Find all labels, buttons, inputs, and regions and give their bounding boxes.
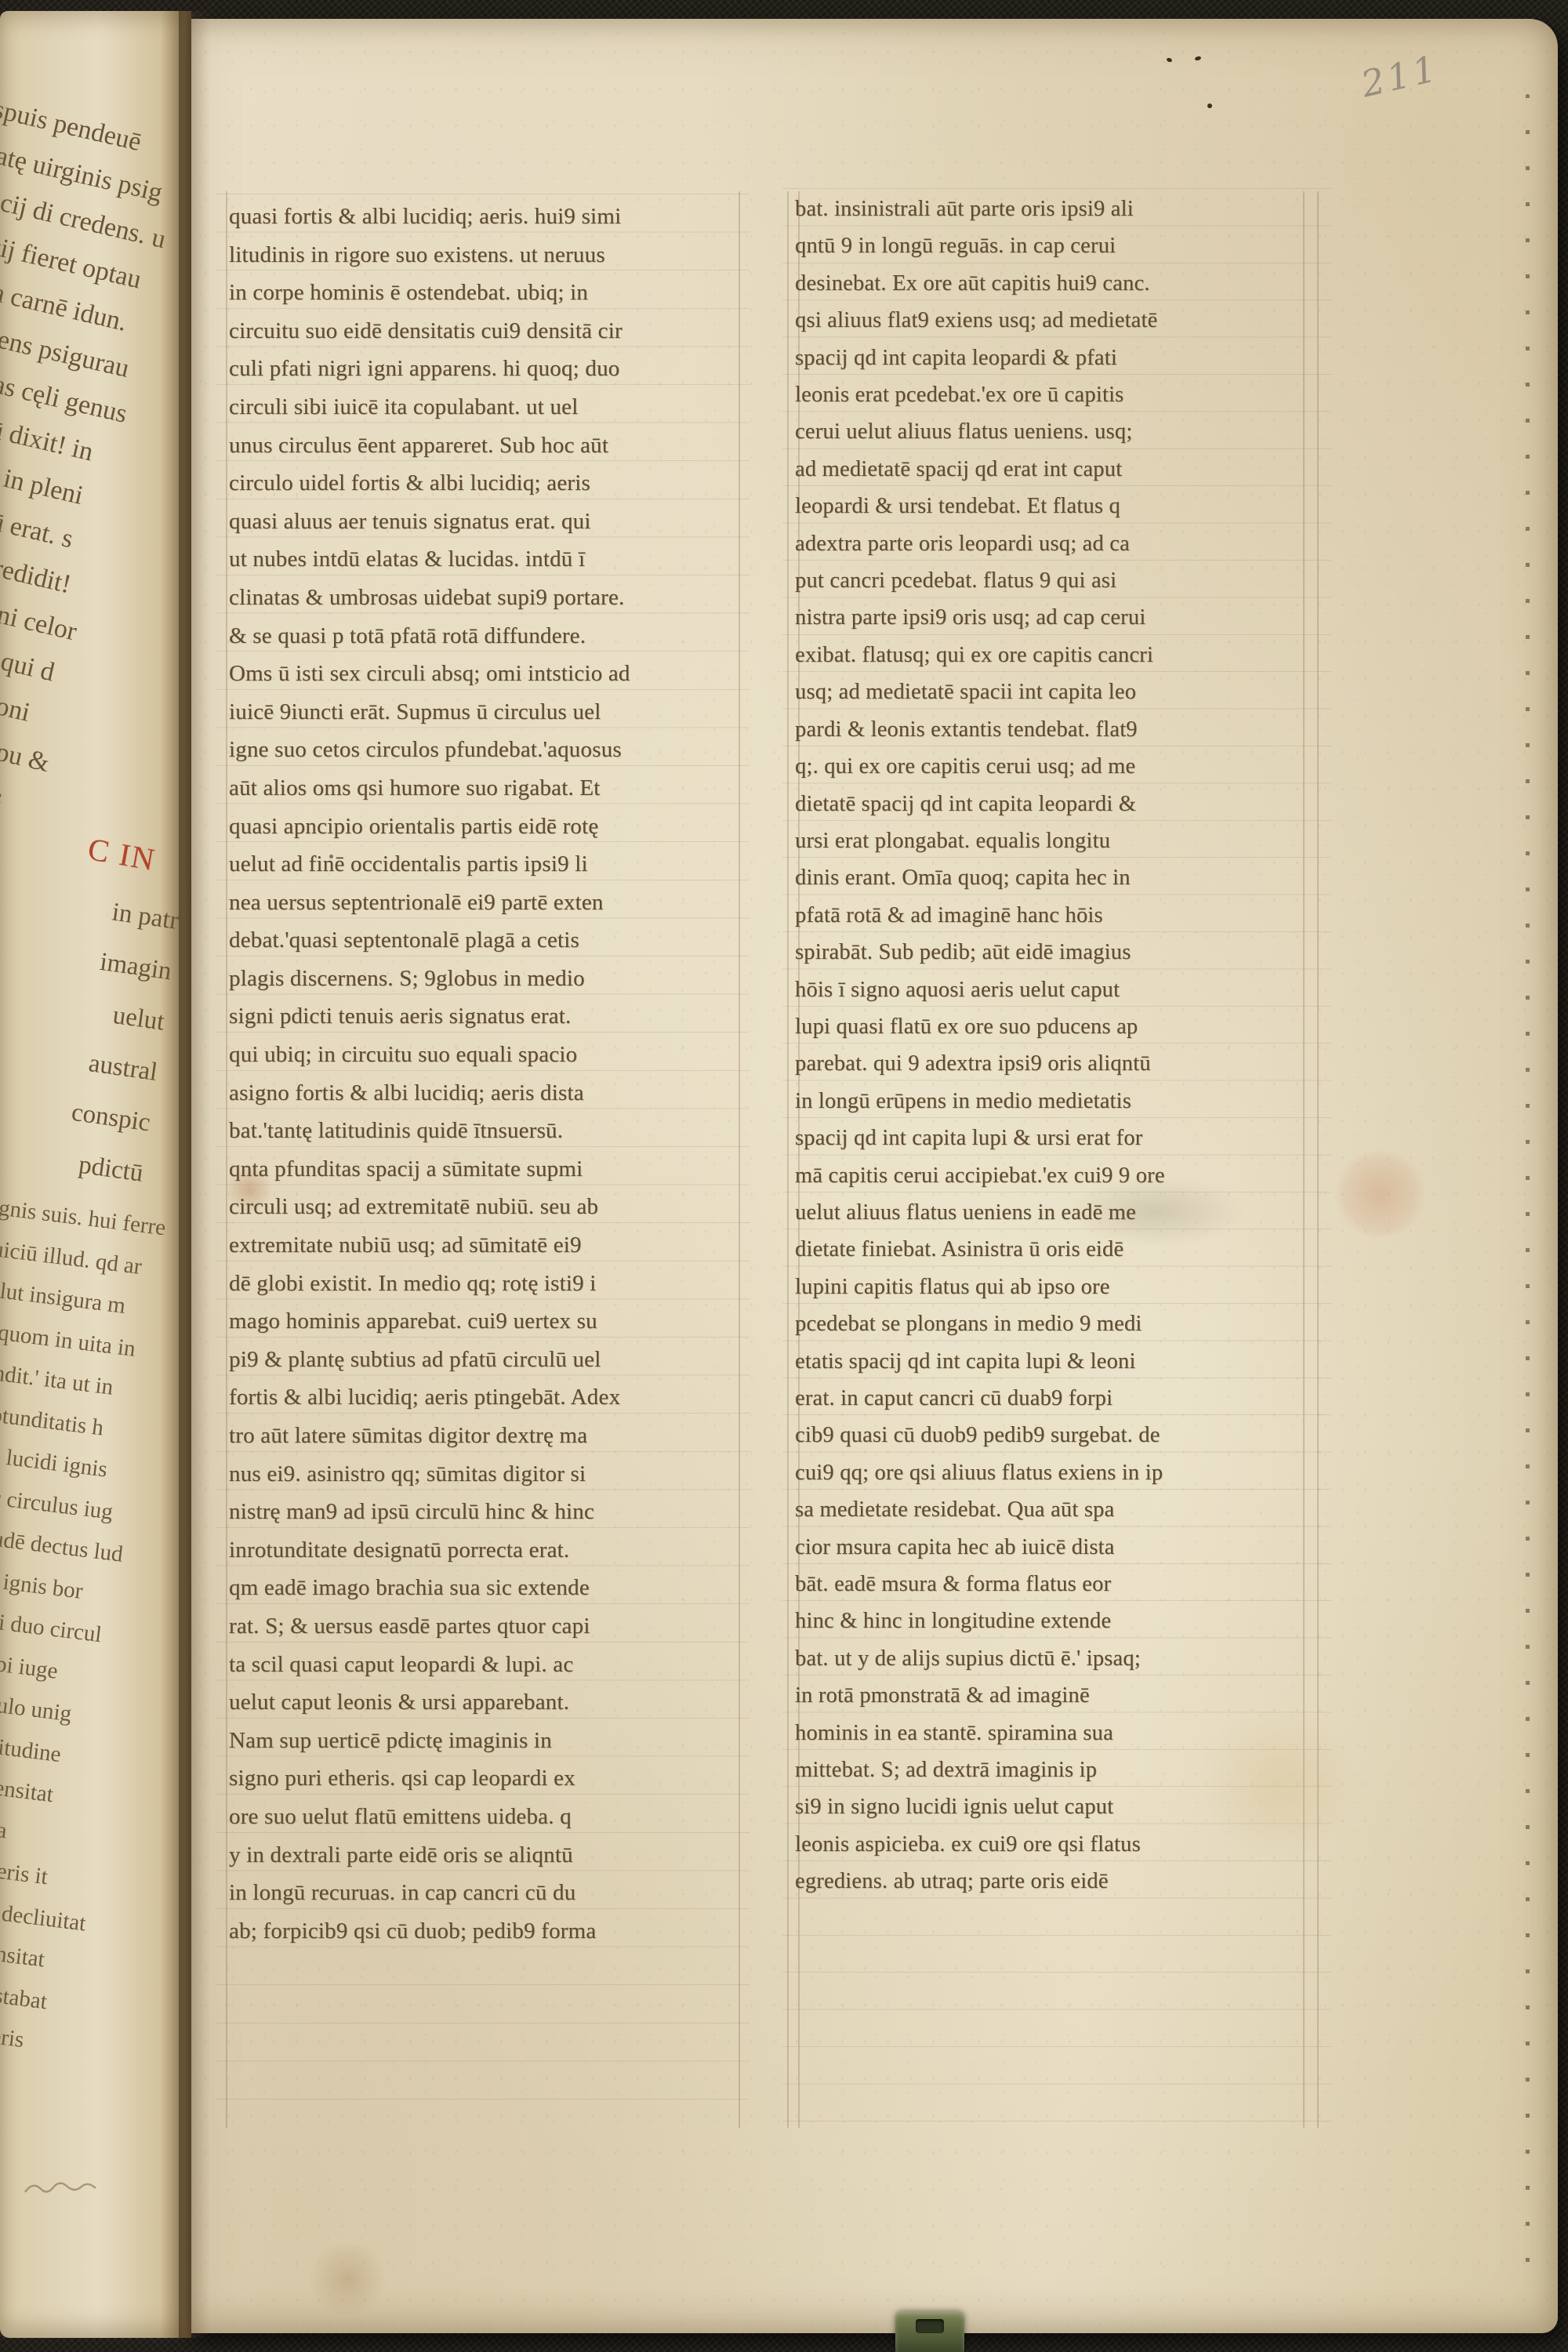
manuscript-text-line: bat.'tantę latitudinis quidē ītnsuersū.: [229, 1112, 740, 1150]
manuscript-text-line: mago hominis apparebat. cui9 uertex su: [229, 1302, 740, 1341]
manuscript-text-line: litudinis in rigore suo existens. ut ner…: [229, 236, 740, 274]
manuscript-text-line: circulo uidel fortis & albi lucidiq; aer…: [229, 464, 740, 503]
manuscript-text-line: usq; ad medietatē spacii int capita leo: [795, 673, 1309, 710]
manuscript-text-line: qsi aliuus flat9 exiens usq; ad medietat…: [795, 302, 1309, 339]
manuscript-text-line: signo puri etheris. qsi cap leopardi ex: [229, 1759, 740, 1798]
manuscript-text-line: qnta pfunditas spacij a sūmitate supmi: [229, 1150, 740, 1189]
manuscript-text-line: in longū erūpens in medio medietatis: [795, 1083, 1309, 1120]
manuscript-text-line: inrotunditate designatū porrecta erat.: [229, 1531, 740, 1570]
clasp-strap: [895, 2311, 964, 2352]
manuscript-text-line: nea uersus septentrionalē ei9 partē exte…: [229, 884, 740, 922]
manuscript-text-line: hominis in ea stantē. spiramina sua: [795, 1715, 1309, 1751]
manuscript-text-line: quasi fortis & albi lucidiq; aeris. hui9…: [229, 198, 740, 236]
manuscript-text-line: circuli usq; ad extremitatē nubiū. seu a…: [229, 1188, 740, 1226]
manuscript-text-line: bāt. eadē msura & forma flatus eor: [795, 1566, 1309, 1602]
manuscript-text-line: quasi apncipio orientalis partis eidē ro…: [229, 808, 740, 846]
manuscript-text-line: clinatas & umbrosas uidebat supi9 portar…: [229, 579, 740, 617]
manuscript-text-line: hinc & hinc in longitudine extende: [795, 1602, 1309, 1639]
manuscript-text-line: signi pdicti tenuis aeris signatus erat.: [229, 997, 740, 1036]
manuscript-text-line: nus ei9. asinistro qq; sūmitas digitor s…: [229, 1455, 740, 1494]
text-column-2: bat. insinistrali aūt parte oris ipsi9 a…: [795, 191, 1309, 1900]
manuscript-text-line: leopardi & ursi tendebat. Et flatus q: [795, 488, 1309, 524]
manuscript-text-line: desinebat. Ex ore aūt capitis hui9 canc.: [795, 265, 1309, 302]
manuscript-text-line: pi9 & plantę subtius ad pfatū circulū ue…: [229, 1341, 740, 1379]
manuscript-text-line: bat. insinistrali aūt parte oris ipsi9 a…: [795, 191, 1309, 227]
manuscript-text-line: unus circulus ēent appareret. Sub hoc aū…: [229, 426, 740, 465]
manuscript-text-line: spirabāt. Sub pedib; aūt eidē imagius: [795, 934, 1309, 971]
pen-trial-mark: [22, 2172, 100, 2203]
previous-page-text-lower: si signis suis. hui ferrelu uuiciū illud…: [0, 1183, 191, 2072]
manuscript-text-line: Nam sup uerticē pdictę imaginis in: [229, 1722, 740, 1760]
manuscript-text-line: igne suo cetos circulos pfundebat.'aquos…: [229, 731, 740, 769]
manuscript-text-line: plagis discernens. S; 9globus in medio: [229, 960, 740, 998]
manuscript-text-line: quasi aluus aer tenuis signatus erat. qu…: [229, 503, 740, 541]
manuscript-text-line: in corpe hominis ē ostendebat. ubiq; in: [229, 274, 740, 312]
manuscript-text-line: si9 in signo lucidi ignis uelut caput: [795, 1788, 1309, 1825]
manuscript-text-line: fortis & albi lucidiq; aeris ptingebāt. …: [229, 1378, 740, 1417]
manuscript-text-line: etatis spacij qd int capita lupi & leoni: [795, 1343, 1309, 1380]
manuscript-text-line: hōis ī signo aquosi aeris uelut caput: [795, 971, 1309, 1008]
manuscript-text-line: qm eadē imago brachia sua sic extende: [229, 1569, 740, 1607]
manuscript-text-line: ab; forpicib9 qsi cū duob; pedib9 forma: [229, 1912, 740, 1951]
manuscript-text-line: nistrę man9 ad ipsū circulū hinc & hinc: [229, 1493, 740, 1531]
clasp-slot: [916, 2319, 944, 2333]
manuscript-text-line: dē globi existit. In medio qq; rotę isti…: [229, 1265, 740, 1303]
manuscript-text-line: ore suo uelut flatū emittens uideba. q: [229, 1798, 740, 1836]
manuscript-text-line: tro aūt latere sūmitas digitor dextrę ma: [229, 1417, 740, 1455]
speck: [329, 855, 333, 858]
text-column-1: quasi fortis & albi lucidiq; aeris. hui9…: [229, 198, 740, 1950]
manuscript-text-line: adextra parte oris leopardi usq; ad ca: [795, 525, 1309, 562]
manuscript-text-line: ta scil quasi caput leopardi & lupi. ac: [229, 1646, 740, 1684]
manuscript-text-line: qntū 9 in longū reguās. in cap cerui: [795, 227, 1309, 264]
manuscript-text-line: extremitate nubiū usq; ad sūmitatē ei9: [229, 1226, 740, 1265]
manuscript-text-line: debat.'quasi septentonalē plagā a cetis: [229, 921, 740, 960]
manuscript-text-line: circuitu suo eidē densitatis cui9 densit…: [229, 312, 740, 350]
manuscript-text-line: qui ubiq; in circuitu suo equali spacio: [229, 1036, 740, 1074]
manuscript-text-line: egrediens. ab utraq; parte oris eidē: [795, 1863, 1309, 1900]
manuscript-text-line: circuli sibi iuicē ita copulabant. ut ue…: [229, 388, 740, 426]
manuscript-text-line: culi pfati nigri igni apparens. hi quoq;…: [229, 350, 740, 388]
previous-page-edge: ē in spuis pendeuētiā beatę uirginis psi…: [0, 11, 191, 2338]
previous-page-text-middle: in patrimaginuelutaustralconspicpdictū: [0, 871, 185, 1200]
photo-frame: ē in spuis pendeuētiā beatę uirginis psi…: [0, 0, 1568, 2352]
manuscript-text-line: mā capitis cerui accipiebat.'ex cui9 9 o…: [795, 1157, 1309, 1194]
manuscript-text-line: y in dextrali parte eidē oris se aliqntū: [229, 1836, 740, 1875]
manuscript-text-line: pardi & leonis extantis tendebat. flat9: [795, 711, 1309, 748]
previous-page-text-upper: ē in spuis pendeuētiā beatę uirginis psi…: [0, 77, 191, 893]
manuscript-text-line: in longū recuruas. in cap cancri cū du: [229, 1874, 740, 1912]
manuscript-text-line: cior msura capita hec ab iuicē dista: [795, 1529, 1309, 1566]
manuscript-text-line: & se quasi p totā pfatā rotā diffundere.: [229, 617, 740, 655]
manuscript-text-line: in rotā pmonstratā & ad imaginē: [795, 1677, 1309, 1714]
manuscript-text-line: spacij qd int capita lupi & ursi erat fo…: [795, 1120, 1309, 1156]
manuscript-text-line: uelut caput leonis & ursi apparebant.: [229, 1683, 740, 1722]
manuscript-text-line: cib9 quasi cū duob9 pedib9 surgebat. de: [795, 1417, 1309, 1454]
manuscript-text-line: leonis aspicieba. ex cui9 ore qsi flatus: [795, 1826, 1309, 1863]
pricking-holes: [1526, 94, 1530, 2281]
manuscript-text-line: asigno fortis & albi lucidiq; aeris dist…: [229, 1074, 740, 1112]
manuscript-text-line: pcedebat se plongans in medio 9 medi: [795, 1305, 1309, 1342]
manuscript-text-line: exibat. flatusq; qui ex ore capitis canc…: [795, 637, 1309, 673]
speck: [1207, 103, 1212, 108]
manuscript-text-line: uelut ad finē occidentalis partis ipsi9 …: [229, 845, 740, 884]
manuscript-text-line: cui9 qq; ore qsi aliuus flatus exiens in…: [795, 1454, 1309, 1491]
manuscript-text-line: ad medietatē spacij qd erat int caput: [795, 451, 1309, 488]
manuscript-text-line: dietate finiebat. Asinistra ū oris eidē: [795, 1231, 1309, 1268]
manuscript-text-line: sa medietate residebat. Qua aūt spa: [795, 1491, 1309, 1528]
manuscript-text-line: dietatē spacij qd int capita leopardi &: [795, 786, 1309, 822]
manuscript-text-line: dinis erant. Omīa quoq; capita hec in: [795, 859, 1309, 896]
manuscript-text-line: q;. qui ex ore capitis cerui usq; ad me: [795, 748, 1309, 785]
manuscript-text-line: parebat. qui 9 adextra ipsi9 oris aliqnt…: [795, 1045, 1309, 1082]
manuscript-text-line: ut nubes intdū elatas & lucidas. intdū ī: [229, 540, 740, 579]
manuscript-text-line: Oms ū isti sex circuli absq; omi intstic…: [229, 655, 740, 693]
manuscript-text-line: erat. in caput cancri cū duab9 forpi: [795, 1380, 1309, 1417]
manuscript-text-line: rat. S; & uersus easdē partes qtuor capi: [229, 1607, 740, 1646]
manuscript-text-line: iuicē 9iuncti erāt. Supmus ū circulus ue…: [229, 693, 740, 731]
manuscript-text-line: uelut aliuus flatus ueniens in eadē me: [795, 1194, 1309, 1231]
manuscript-text-line: bat. ut y de alijs supius dictū ē.' ipsa…: [795, 1640, 1309, 1677]
manuscript-text-line: cerui uelut aliuus flatus ueniens. usq;: [795, 413, 1309, 450]
manuscript-text-line: put cancri pcedebat. flatus 9 qui asi: [795, 562, 1309, 599]
verso-upper-lines: ē in spuis pendeuētiā beatę uirginis psi…: [0, 77, 191, 849]
manuscript-text-line: nistra parte ipsi9 oris usq; ad cap ceru…: [795, 599, 1309, 636]
manuscript-text-line: ursi erat plongabat. equalis longitu: [795, 822, 1309, 859]
manuscript-text-line: aūt alios oms qsi humore suo rigabat. Et: [229, 769, 740, 808]
manuscript-text-line: mittebat. S; ad dextrā imaginis ip: [795, 1751, 1309, 1788]
manuscript-text-line: leonis erat pcedebat.'ex ore ū capitis: [795, 376, 1309, 413]
manuscript-text-line: spacij qd int capita leopardi & pfati: [795, 339, 1309, 376]
manuscript-text-line: lupi quasi flatū ex ore suo pducens ap: [795, 1008, 1309, 1045]
manuscript-text-line: pfatā rotā & ad imaginē hanc hōis: [795, 897, 1309, 934]
manuscript-text-line: lupini capitis flatus qui ab ipso ore: [795, 1269, 1309, 1305]
